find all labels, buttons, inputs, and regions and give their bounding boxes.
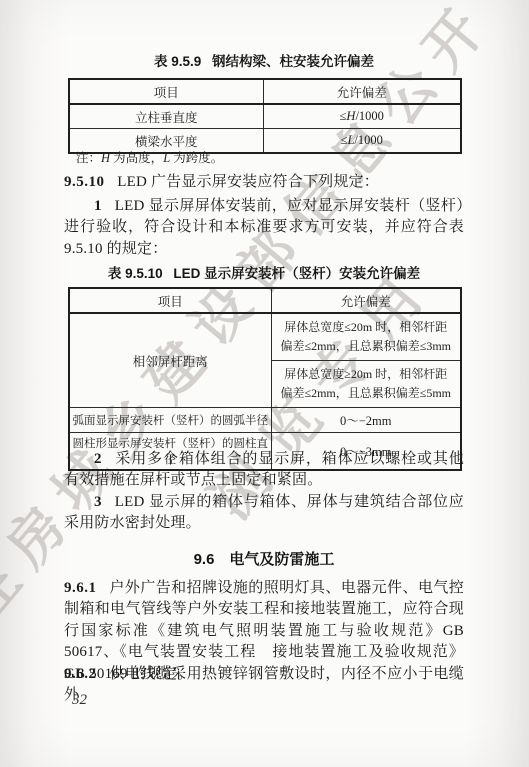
section-9-6-heading: 9.6电气及防雷施工 — [64, 548, 464, 569]
note-text: 为跨度。 — [170, 151, 223, 165]
table-header-item: 项目 — [69, 79, 263, 104]
section-number: 9.6 — [194, 551, 215, 568]
clause-9-5-10-item-2: 2采用多个箱体组合的显示屏，箱体应以螺栓或其他有效措施在屏杆或节点上固定和紧固。 — [64, 449, 464, 492]
item-number: 2 — [94, 451, 102, 467]
item-text: 采用多个箱体组合的显示屏，箱体应以螺栓或其他有效措施在屏杆或节点上固定和紧固。 — [64, 451, 464, 488]
clause-text: LED 广告显示屏安装应符合下列规定： — [117, 174, 379, 190]
table-9-5-9-caption-label: 表 9.5.9 — [154, 54, 201, 69]
value-rest: /1000 — [354, 133, 382, 147]
sub-line: 偏差≤2mm，且总累积偏差≤5mm — [274, 384, 459, 403]
clause-9-6-2: 9.6.2供电线缆采用热镀锌钢管敷设时，内径不应小于电缆外 — [64, 664, 464, 707]
clause-9-5-10: 9.5.10LED 广告显示屏安装应符合下列规定： — [64, 172, 464, 193]
table-row: 立柱垂直度 ≤H/1000 — [69, 104, 461, 129]
table-cell-value: 0～−2mm — [271, 408, 461, 433]
value-rest: /1000 — [355, 109, 383, 123]
clause-number: 9.6.2 — [64, 666, 97, 682]
note-text: 为高度， — [110, 151, 163, 165]
item-number: 1 — [94, 198, 102, 214]
clause-9-5-10-item-1: 1LED 显示屏屏体安装前，应对显示屏安装杆（竖杆）进行验收，符合设计和本标准要… — [64, 196, 464, 260]
note-label: 注： — [76, 151, 101, 165]
table-header-deviation: 允许偏差 — [263, 79, 461, 104]
item-text: LED 显示屏屏体安装前，应对显示屏安装杆（竖杆）进行验收，符合设计和本标准要求… — [64, 198, 464, 257]
sub-line: 屏体总宽度≤20m 时，相邻杆距 — [274, 318, 459, 337]
table-9-5-10-caption: 表 9.5.10LED 显示屏安装杆（竖杆）安装允许偏差 — [64, 262, 464, 282]
table-9-5-10-caption-title: LED 显示屏安装杆（竖杆）安装允许偏差 — [173, 266, 420, 281]
table-row: 相邻屏杆距离 屏体总宽度≤20m 时，相邻杆距 偏差≤2mm，且总累积偏差≤3m… — [69, 313, 461, 361]
document-page: 住房城乡建设部信息公开 浏览专用 表 9.5.9钢结构梁、柱安装允许偏差 项目 … — [0, 0, 529, 767]
clause-text: 供电线缆采用热镀锌钢管敷设时，内径不应小于电缆外 — [64, 666, 464, 703]
table-cell-item: 弧面显示屏安装杆（竖杆）的圆弧半径 — [69, 408, 271, 433]
variable-h: H — [101, 151, 110, 165]
table-cell-item: 立柱垂直度 — [69, 104, 263, 129]
table-9-5-9: 项目 允许偏差 立柱垂直度 ≤H/1000 横梁水平度 ≤L/1000 — [68, 78, 462, 154]
table-cell-sub-1: 屏体总宽度≤20m 时，相邻杆距 偏差≤2mm，且总累积偏差≤3mm — [271, 313, 461, 361]
table-9-5-10-caption-label: 表 9.5.10 — [108, 266, 163, 281]
table-9-5-10: 项目 允许偏差 相邻屏杆距离 屏体总宽度≤20m 时，相邻杆距 偏差≤2mm，且… — [68, 287, 462, 471]
page-number: 32 — [72, 692, 87, 709]
table-row: 项目 允许偏差 — [69, 79, 461, 104]
table-9-5-9-note: 注：H 为高度，L 为跨度。 — [76, 148, 466, 166]
item-number: 3 — [94, 494, 102, 510]
sub-line: 偏差≤2mm，且总累积偏差≤3mm — [274, 337, 459, 356]
clause-number: 9.6.1 — [64, 580, 97, 596]
table-cell-sub-2: 屏体总宽度≥20m 时，相邻杆距 偏差≤2mm，且总累积偏差≤5mm — [271, 361, 461, 408]
table-cell-value: ≤H/1000 — [263, 104, 461, 129]
sub-line: 屏体总宽度≥20m 时，相邻杆距 — [274, 365, 459, 384]
clause-number: 9.5.10 — [64, 174, 105, 190]
table-header-item: 项目 — [69, 288, 271, 313]
section-title: 电气及防雷施工 — [229, 551, 334, 568]
clause-9-5-10-item-3: 3LED 显示屏的箱体与箱体、屏体与建筑结合部位应采用防水密封处理。 — [64, 492, 464, 535]
table-header-deviation: 允许偏差 — [271, 288, 461, 313]
table-cell-group-item: 相邻屏杆距离 — [69, 313, 271, 408]
table-row: 弧面显示屏安装杆（竖杆）的圆弧半径 0～−2mm — [69, 408, 461, 433]
table-row: 项目 允许偏差 — [69, 288, 461, 313]
table-9-5-9-caption: 表 9.5.9钢结构梁、柱安装允许偏差 — [64, 50, 464, 70]
item-text: LED 显示屏的箱体与箱体、屏体与建筑结合部位应采用防水密封处理。 — [64, 494, 464, 531]
table-9-5-9-caption-title: 钢结构梁、柱安装允许偏差 — [212, 54, 374, 69]
